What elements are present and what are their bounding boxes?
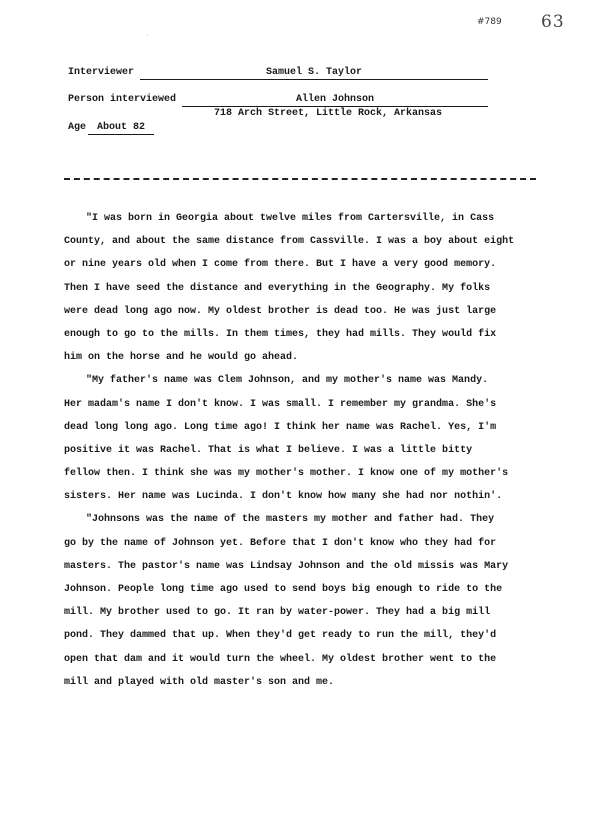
text-line: were dead long ago now. My oldest brothe… — [64, 300, 554, 323]
interviewer-value: Samuel S. Taylor — [140, 67, 488, 80]
document-page: · #789 63 Interviewer Samuel S. Taylor P… — [0, 0, 600, 824]
scan-speck: · — [145, 32, 148, 35]
text-line: pond. They dammed that up. When they'd g… — [64, 624, 554, 647]
text-line: sisters. Her name was Lucinda. I don't k… — [64, 485, 554, 508]
dashed-divider — [64, 178, 536, 180]
age-label: Age — [68, 122, 86, 133]
text-line: enough to go to the mills. In them times… — [64, 323, 554, 346]
text-line: or nine years old when I come from there… — [64, 253, 554, 276]
text-line: mill and played with old master's son an… — [64, 671, 554, 694]
text-line: fellow then. I think she was my mother's… — [64, 462, 554, 485]
text-line: masters. The pastor's name was Lindsay J… — [64, 555, 554, 578]
text-line: "I was born in Georgia about twelve mile… — [64, 207, 554, 230]
person-interviewed-label: Person interviewed — [68, 94, 176, 105]
document-stamp: #789 — [477, 17, 502, 27]
text-line: County, and about the same distance from… — [64, 230, 554, 253]
text-line: go by the name of Johnson yet. Before th… — [64, 532, 554, 555]
text-line: positive it was Rachel. That is what I b… — [64, 439, 554, 462]
age-value: About 82 — [88, 122, 154, 135]
text-line: mill. My brother used to go. It ran by w… — [64, 601, 554, 624]
text-line: Then I have seed the distance and everyt… — [64, 277, 554, 300]
page-number: 63 — [541, 12, 565, 32]
address-line: 718 Arch Street, Little Rock, Arkansas — [214, 108, 442, 119]
text-line: Johnson. People long time ago used to se… — [64, 578, 554, 601]
interview-transcript: "I was born in Georgia about twelve mile… — [64, 207, 554, 694]
person-interviewed-value: Allen Johnson — [182, 94, 488, 107]
text-line: "My father's name was Clem Johnson, and … — [64, 369, 554, 392]
text-line: dead long long ago. Long time ago! I thi… — [64, 416, 554, 439]
text-line: "Johnsons was the name of the masters my… — [64, 508, 554, 531]
text-line: Her madam's name I don't know. I was sma… — [64, 393, 554, 416]
text-line: him on the horse and he would go ahead. — [64, 346, 554, 369]
interviewer-label: Interviewer — [68, 67, 134, 78]
text-line: open that dam and it would turn the whee… — [64, 648, 554, 671]
